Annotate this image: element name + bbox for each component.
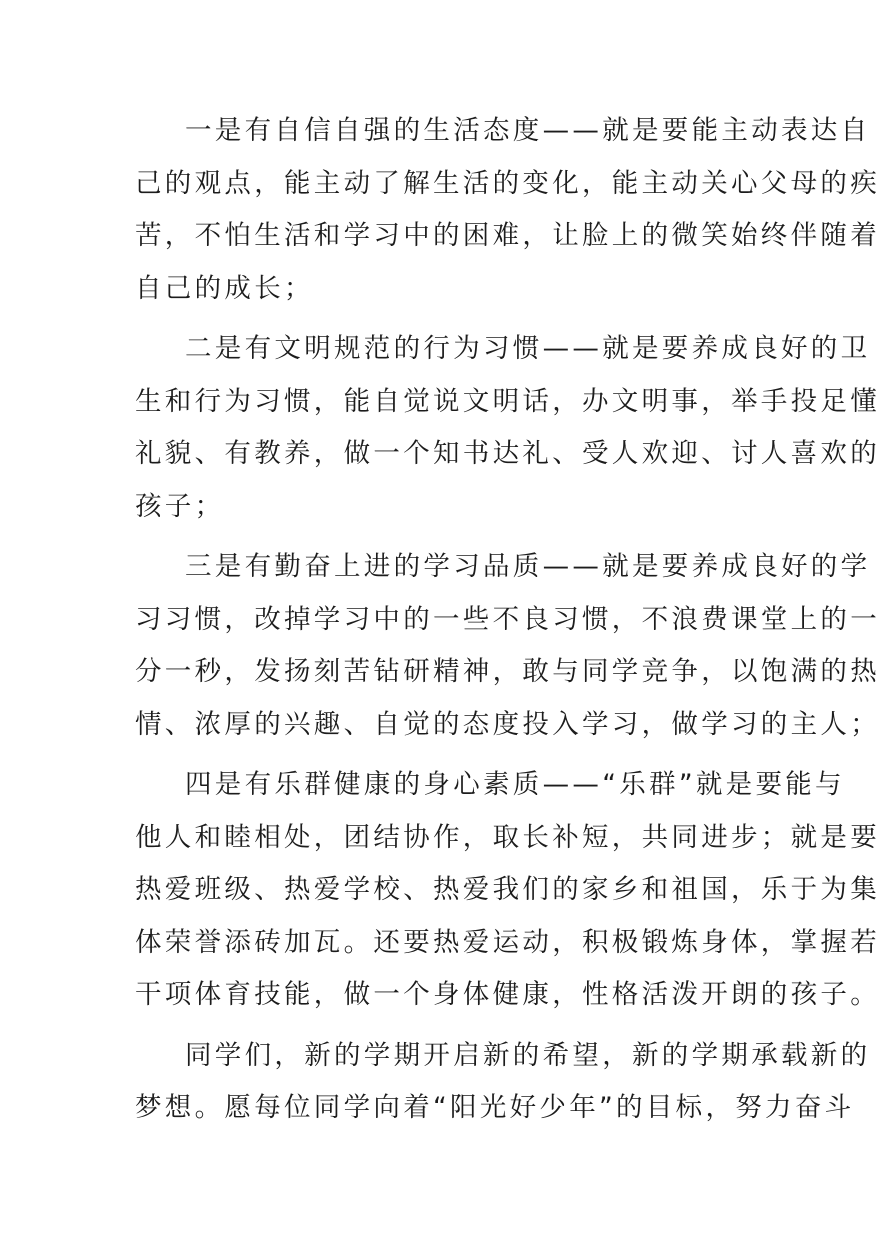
document-page: 一是有自信自强的生活态度——就是要能主动表达自 己的观点，能主动了解生活的变化，…	[135, 105, 751, 1143]
text-line: 自己的成长；	[135, 263, 751, 316]
text-line: 他人和睦相处，团结协作，取长补短，共同进步；就是要	[135, 812, 751, 865]
text-line: 体荣誉添砖加瓦。还要热爱运动，积极锻炼身体，掌握若	[135, 917, 751, 970]
text-line: 四是有乐群健康的身心素质——“乐群”就是要能与	[135, 759, 751, 812]
text-line: 干项体育技能，做一个身体健康，性格活泼开朗的孩子。	[135, 969, 751, 1022]
paragraph-health: 四是有乐群健康的身心素质——“乐群”就是要能与 他人和睦相处，团结协作，取长补短…	[135, 759, 751, 1022]
text-line: 孩子；	[135, 481, 751, 534]
text-line: 一是有自信自强的生活态度——就是要能主动表达自	[135, 105, 751, 158]
paragraph-study-quality: 三是有勤奋上进的学习品质——就是要养成良好的学 习习惯，改掉学习中的一些不良习惯…	[135, 541, 751, 751]
text-line: 梦想。愿每位同学向着“阳光好少年”的目标，努力奋斗	[135, 1082, 751, 1135]
text-line: 情、浓厚的兴趣、自觉的态度投入学习，做学习的主人；	[135, 699, 751, 752]
text-line: 生和行为习惯，能自觉说文明话，办文明事，举手投足懂	[135, 376, 751, 429]
text-line: 三是有勤奋上进的学习品质——就是要养成良好的学	[135, 541, 751, 594]
text-line: 分一秒，发扬刻苦钻研精神，敢与同学竞争，以饱满的热	[135, 646, 751, 699]
paragraph-civil-behavior: 二是有文明规范的行为习惯——就是要养成良好的卫 生和行为习惯，能自觉说文明话，办…	[135, 323, 751, 533]
text-line: 二是有文明规范的行为习惯——就是要养成良好的卫	[135, 323, 751, 376]
text-line: 热爱班级、热爱学校、热爱我们的家乡和祖国，乐于为集	[135, 864, 751, 917]
text-line: 同学们，新的学期开启新的希望，新的学期承载新的	[135, 1030, 751, 1083]
text-line: 礼貌、有教养，做一个知书达礼、受人欢迎、讨人喜欢的	[135, 428, 751, 481]
text-line: 苦，不怕生活和学习中的困难，让脸上的微笑始终伴随着	[135, 210, 751, 263]
text-line: 己的观点，能主动了解生活的变化，能主动关心父母的疾	[135, 158, 751, 211]
paragraph-closing: 同学们，新的学期开启新的希望，新的学期承载新的 梦想。愿每位同学向着“阳光好少年…	[135, 1030, 751, 1135]
text-line: 习习惯，改掉学习中的一些不良习惯，不浪费课堂上的一	[135, 594, 751, 647]
paragraph-self-confidence: 一是有自信自强的生活态度——就是要能主动表达自 己的观点，能主动了解生活的变化，…	[135, 105, 751, 315]
